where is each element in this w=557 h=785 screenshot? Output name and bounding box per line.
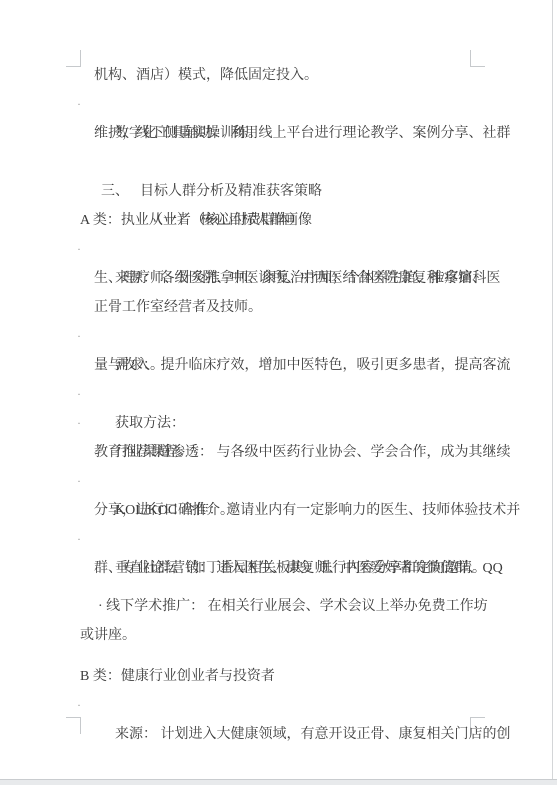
document-text-block: 机构、酒店）模式，降低固定投入。 ·数字化工具辅助： 利用线上平台进行理论教学、… [80, 61, 484, 720]
text-line: 群、专业论坛（如丁香园相关板块）进行内容分享和定向邀请。 [80, 554, 484, 583]
text-line: 生、理疗师、针灸推拿师、康复治疗师；个体养生馆、推拿馆、 [80, 264, 484, 293]
list-item: ·来源： 各级医院、中医诊所、中西医结合医院康复科/疼痛科医 [80, 235, 484, 264]
list-bullet-icon: · [77, 380, 81, 409]
list-item: ·数字化工具辅助： 利用线上平台进行理论教学、案例分享、社群 [80, 90, 484, 119]
window-bottom-edge [0, 779, 557, 785]
text-line: 来源： 计划进入大健康领域，有意开设正骨、康复相关门店的创 [115, 727, 511, 742]
text-line: 教育推荐课程。 [80, 438, 484, 467]
list-item: ·行业渠道渗透： 与各级中医药行业协会、学会合作，成为其继续 [80, 409, 484, 438]
list-item: ·垂直社群营销： 进入医生、康复师、中医爱好者的微信群、QQ [80, 525, 484, 554]
list-bullet-icon: · [77, 235, 81, 264]
list-bullet-icon: · [77, 409, 81, 438]
text-line: 分享，进行口碑推介。 [80, 496, 484, 525]
text-line: A 类：执业从业者（核心付费群体） [80, 206, 484, 235]
subsection-heading: （一）核心目标人群画像 [80, 177, 484, 206]
list-bullet-icon: · [77, 691, 81, 720]
page-right-edge-divider [552, 0, 553, 785]
list-bullet-icon: · [77, 322, 81, 351]
list-bullet-icon: · [77, 525, 81, 554]
text-line: 或讲座。 [80, 621, 484, 650]
document-page[interactable]: 机构、酒店）模式，降低固定投入。 ·数字化工具辅助： 利用线上平台进行理论教学、… [0, 0, 557, 785]
text-line: 维护，线下侧重实操训练。 [80, 119, 484, 148]
list-bullet-icon: · [77, 467, 81, 496]
margin-crop-mark-top-left [66, 50, 81, 67]
indented-list-item: · 线下学术推广： 在相关行业展会、学术会议上举办免费工作坊 [80, 592, 484, 621]
text-line: 正骨工作室经营者及技师。 [80, 293, 484, 322]
list-bullet-icon: · [77, 90, 81, 119]
text-line: 机构、酒店）模式，降低固定投入。 [80, 61, 484, 90]
list-item: ·KOL/KOC 合作： 邀请业内有一定影响力的医生、技师体验技术并 [80, 467, 484, 496]
list-item: ·来源： 计划进入大健康领域，有意开设正骨、康复相关门店的创 [80, 691, 484, 720]
list-item: ·获取方法： [80, 380, 484, 409]
section-heading: 三、目标人群分析及精准获客策略 [80, 148, 484, 177]
list-item: ·需求： 提升临床疗效，增加中医特色，吸引更多患者，提高客流 [80, 322, 484, 351]
text-line: 量与收入。 [80, 351, 484, 380]
text-line: B 类：健康行业创业者与投资者 [80, 662, 484, 691]
